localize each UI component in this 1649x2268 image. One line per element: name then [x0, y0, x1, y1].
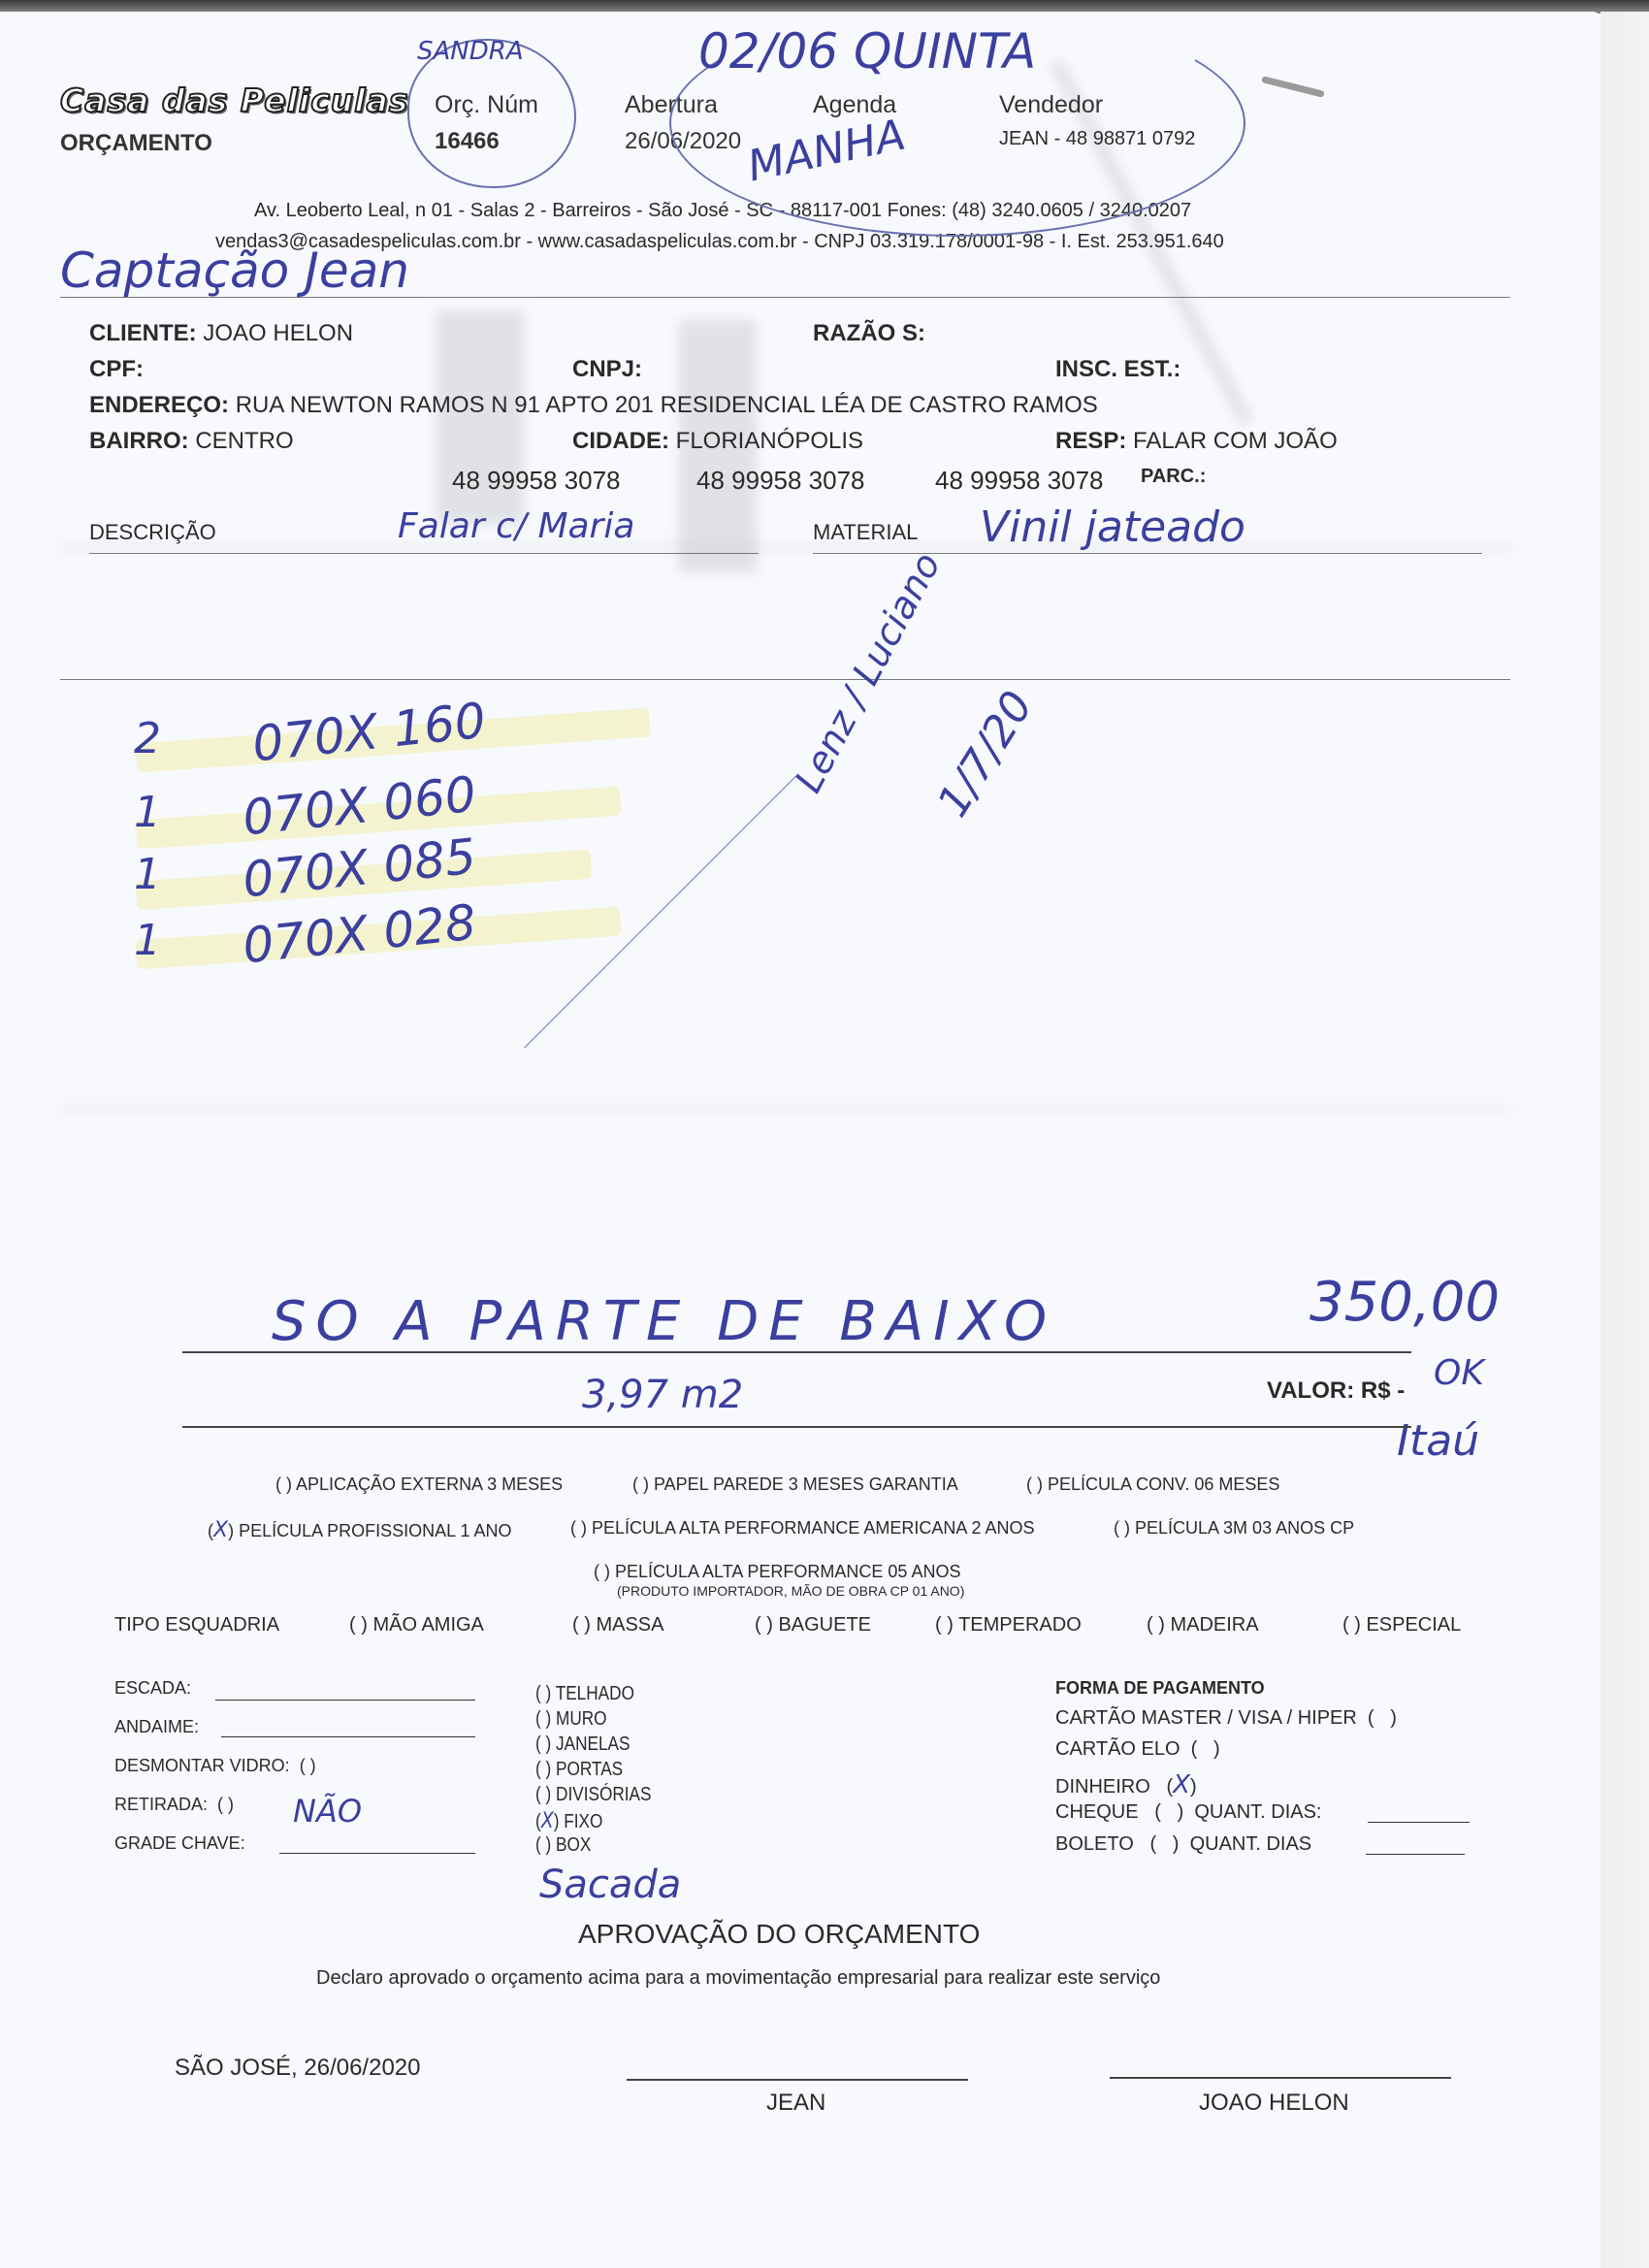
- esquadria-option[interactable]: ( ) BAGUETE: [755, 1614, 871, 1636]
- grade-chave-label: GRADE CHAVE:: [114, 1833, 245, 1854]
- bairro-label: BAIRRO:: [89, 428, 189, 454]
- desmontar-vidro-field[interactable]: DESMONTAR VIDRO: ( ): [114, 1756, 316, 1776]
- insc-est-label: INSC. EST.:: [1055, 356, 1180, 383]
- andaime-input-line[interactable]: [221, 1736, 475, 1737]
- check-mark-icon: X: [1173, 1770, 1190, 1799]
- handwritten-material: Vinil jateado: [980, 502, 1245, 552]
- service-footnote: (PRODUTO IMPORTADOR, MÃO DE OBRA CP 01 A…: [617, 1583, 964, 1599]
- service-option[interactable]: ( ) APLICAÇÃO EXTERNA 3 MESES: [275, 1474, 563, 1495]
- cidade-value: FLORIANÓPOLIS: [676, 428, 863, 454]
- razao-label: RAZÃO S:: [813, 320, 925, 347]
- phone-2: 48 99958 3078: [696, 466, 865, 496]
- handwritten-ok: OK: [1434, 1353, 1484, 1393]
- service-option-checked[interactable]: (X) PELÍCULA PROFISSIONAL 1 ANO: [208, 1518, 512, 1542]
- phone-3: 48 99958 3078: [935, 466, 1104, 496]
- company-logo: Casa das Peliculas: [60, 81, 409, 119]
- doc-type: ORÇAMENTO: [60, 130, 212, 157]
- cliente-field: CLIENTE: JOAO HELON: [89, 320, 353, 347]
- descricao-label: DESCRIÇÃO: [89, 520, 216, 545]
- location-option-janelas[interactable]: ( ) JANELAS: [535, 1733, 630, 1756]
- payment-cartao-elo[interactable]: CARTÃO ELO ( ): [1055, 1738, 1220, 1761]
- esquadria-option[interactable]: ( ) MASSA: [572, 1614, 663, 1636]
- service-line-1: [182, 1351, 1411, 1353]
- payment-dinheiro[interactable]: DINHEIRO (X): [1055, 1770, 1197, 1799]
- boleto-dias-input-line[interactable]: [1366, 1854, 1465, 1855]
- handwritten-name: SANDRA: [417, 37, 524, 66]
- location-option-box[interactable]: ( ) BOX: [535, 1834, 591, 1857]
- location-option-fixo[interactable]: (X) FIXO: [535, 1809, 602, 1833]
- escada-label: ESCADA:: [114, 1678, 191, 1699]
- pagamento-title: FORMA DE PAGAMENTO: [1055, 1678, 1265, 1699]
- escada-input-line[interactable]: [215, 1700, 475, 1701]
- esquadria-option[interactable]: ( ) MADEIRA: [1147, 1614, 1259, 1636]
- cidade-field: CIDADE: FLORIANÓPOLIS: [572, 428, 863, 455]
- client-name: JOAO HELON: [1199, 2090, 1349, 2117]
- cliente-label: CLIENTE:: [89, 320, 197, 346]
- esquadria-option[interactable]: ( ) MÃO AMIGA: [349, 1614, 484, 1636]
- handwritten-area: 3,97 m2: [582, 1373, 743, 1417]
- endereco-label: ENDEREÇO:: [89, 392, 229, 418]
- valor-label: VALOR: R$ -: [1267, 1377, 1405, 1405]
- service-option[interactable]: ( ) PELÍCULA CONV. 06 MESES: [1026, 1474, 1279, 1495]
- material-label: MATERIAL: [813, 520, 918, 545]
- retirada-field[interactable]: RETIRADA: ( ): [114, 1795, 234, 1815]
- handwritten-ok-sign: Itaú: [1397, 1416, 1479, 1466]
- endereco-value: RUA NEWTON RAMOS N 91 APTO 201 RESIDENCI…: [236, 392, 1098, 418]
- paper-fold: [58, 543, 1513, 551]
- payment-cartao-master[interactable]: CARTÃO MASTER / VISA / HIPER ( ): [1055, 1707, 1397, 1730]
- aprovacao-declaration: Declaro aprovado o orçamento acima para …: [316, 1967, 1160, 1990]
- phone-1: 48 99958 3078: [452, 466, 621, 496]
- check-mark-icon: X: [213, 1518, 228, 1542]
- handwritten-agenda-date: 02/06 QUINTA: [698, 23, 1036, 80]
- andaime-label: ANDAIME:: [114, 1717, 199, 1737]
- paper-fold: [58, 1106, 1513, 1114]
- payment-cheque[interactable]: CHEQUE ( ) QUANT. DIAS:: [1055, 1801, 1322, 1824]
- scan-right-edge: [1600, 12, 1649, 2268]
- seller-signature-line[interactable]: [627, 2079, 968, 2081]
- descricao-line: [89, 553, 759, 554]
- grade-chave-input-line[interactable]: [279, 1853, 475, 1854]
- place-date: SÃO JOSÉ, 26/06/2020: [175, 2055, 421, 2082]
- divider: [60, 297, 1510, 298]
- location-option-telhado[interactable]: ( ) TELHADO: [535, 1683, 634, 1705]
- bairro-value: CENTRO: [195, 428, 293, 454]
- cpf-label: CPF:: [89, 356, 144, 383]
- esquadria-option[interactable]: ( ) TEMPERADO: [935, 1614, 1082, 1636]
- handwritten-descricao: Falar c/ Maria: [398, 506, 634, 546]
- aprovacao-title: APROVAÇÃO DO ORÇAMENTO: [578, 1919, 980, 1950]
- service-option[interactable]: ( ) PELÍCULA ALTA PERFORMANCE 05 ANOS: [594, 1562, 960, 1582]
- client-signature-line[interactable]: [1110, 2077, 1451, 2079]
- endereco-field: ENDEREÇO: RUA NEWTON RAMOS N 91 APTO 201…: [89, 392, 1098, 419]
- measurement-qty: 1: [134, 788, 161, 837]
- esquadria-label: TIPO ESQUADRIA: [114, 1614, 279, 1636]
- resp-value: FALAR COM JOÃO: [1133, 428, 1338, 454]
- measurement-qty: 1: [134, 916, 161, 965]
- location-option-muro[interactable]: ( ) MURO: [535, 1708, 607, 1731]
- bairro-field: BAIRRO: CENTRO: [89, 428, 294, 455]
- seller-name: JEAN: [766, 2090, 825, 2117]
- service-option[interactable]: ( ) PAPEL PAREDE 3 MESES GARANTIA: [632, 1474, 958, 1495]
- location-option-divisórias[interactable]: ( ) DIVISÓRIAS: [535, 1784, 651, 1806]
- handwritten-price: 350,00: [1309, 1271, 1500, 1334]
- cheque-dias-input-line[interactable]: [1368, 1822, 1470, 1823]
- measurement-qty: 2: [134, 714, 161, 763]
- cidade-label: CIDADE:: [572, 428, 669, 454]
- handwritten-captacao: Captação Jean: [60, 243, 409, 299]
- resp-label: RESP:: [1055, 428, 1126, 454]
- handwritten-service: SO A PARTE DE BAIXO: [272, 1290, 1056, 1353]
- cliente-value: JOAO HELON: [203, 320, 353, 346]
- handwritten-sacada: Sacada: [539, 1863, 681, 1907]
- divider: [60, 679, 1510, 680]
- parc-label: PARC.:: [1141, 466, 1206, 488]
- payment-boleto[interactable]: BOLETO ( ) QUANT. DIAS: [1055, 1833, 1311, 1856]
- cnpj-label: CNPJ:: [572, 356, 642, 383]
- esquadria-option[interactable]: ( ) ESPECIAL: [1342, 1614, 1461, 1636]
- measurement-qty: 1: [134, 850, 161, 899]
- service-line-2: [182, 1426, 1411, 1428]
- service-option[interactable]: ( ) PELÍCULA 3M 03 ANOS CP: [1114, 1518, 1354, 1539]
- resp-field: RESP: FALAR COM JOÃO: [1055, 428, 1338, 455]
- handwritten-retirada: NÃO: [293, 1793, 362, 1830]
- check-mark-icon: X: [541, 1809, 554, 1833]
- location-option-portas[interactable]: ( ) PORTAS: [535, 1759, 623, 1781]
- service-option[interactable]: ( ) PELÍCULA ALTA PERFORMANCE AMERICANA …: [570, 1518, 1034, 1539]
